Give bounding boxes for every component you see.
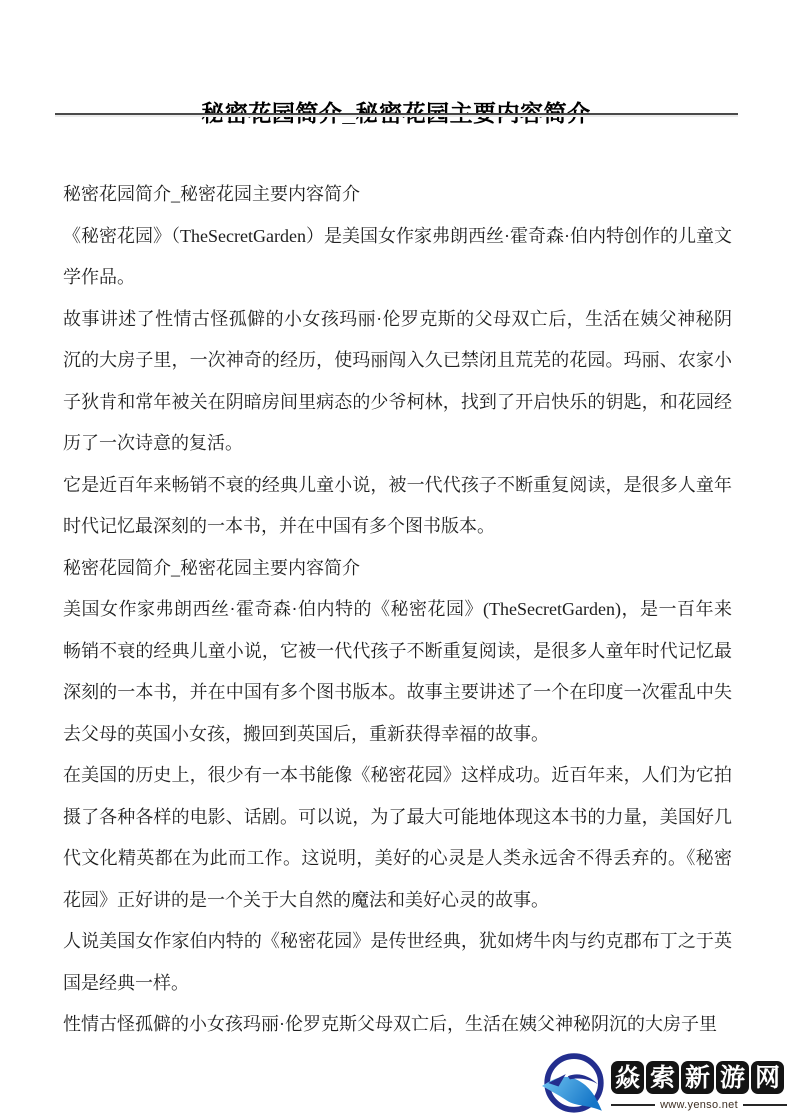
paragraph: 性情古怪孤僻的小女孩玛丽·伦罗克斯父母双亡后，生活在姨父神秘阴沉的大房子里 bbox=[63, 1004, 732, 1046]
logo-url: www.yenso.net bbox=[660, 1099, 738, 1111]
title-divider bbox=[55, 113, 738, 115]
paragraph: 故事讲述了性情古怪孤僻的小女孩玛丽·伦罗克斯的父母双亡后，生活在姨父神秘阴沉的大… bbox=[63, 299, 732, 465]
logo-stamp-char: 索 bbox=[646, 1061, 679, 1094]
paragraph: 美国女作家弗朗西丝·霍奇森·伯内特的《秘密花园》(TheSecretGarden… bbox=[63, 589, 732, 755]
logo-url-row: www.yenso.net bbox=[611, 1099, 787, 1111]
url-divider-right bbox=[743, 1104, 787, 1106]
page-title: 秘密花园简介_秘密花园主要内容简介 bbox=[0, 95, 792, 128]
paragraph: 《秘密花园》（TheSecretGarden）是美国女作家弗朗西丝·霍奇森·伯内… bbox=[63, 216, 732, 299]
logo-stamp-char: 网 bbox=[751, 1061, 784, 1094]
logo-stamp-char: 游 bbox=[716, 1061, 749, 1094]
paragraph: 它是近百年来畅销不衰的经典儿童小说，被一代代孩子不断重复阅读，是很多人童年时代记… bbox=[63, 465, 732, 548]
paragraph: 秘密花园简介_秘密花园主要内容简介 bbox=[63, 174, 732, 216]
logo-text-block: 焱 索 新 游 网 www.yenso.net bbox=[611, 1061, 787, 1111]
logo-stamp-char: 焱 bbox=[611, 1061, 644, 1094]
paragraph: 在美国的历史上，很少有一本书能像《秘密花园》这样成功。近百年来，人们为它拍摄了各… bbox=[63, 755, 732, 921]
paragraph: 秘密花园简介_秘密花园主要内容简介 bbox=[63, 548, 732, 590]
paragraph: 人说美国女作家伯内特的《秘密花园》是传世经典，犹如烤牛肉与约克郡布丁之于英国是经… bbox=[63, 921, 732, 1004]
document-body: 秘密花园简介_秘密花园主要内容简介 《秘密花园》（TheSecretGarden… bbox=[63, 174, 732, 1046]
logo-stamp-char: 新 bbox=[681, 1061, 714, 1094]
logo-stamps: 焱 索 新 游 网 bbox=[611, 1061, 787, 1094]
url-divider-left bbox=[611, 1104, 655, 1106]
wave-circle-icon bbox=[541, 1052, 607, 1118]
site-logo[interactable]: 焱 索 新 游 网 www.yenso.net bbox=[541, 1052, 787, 1118]
